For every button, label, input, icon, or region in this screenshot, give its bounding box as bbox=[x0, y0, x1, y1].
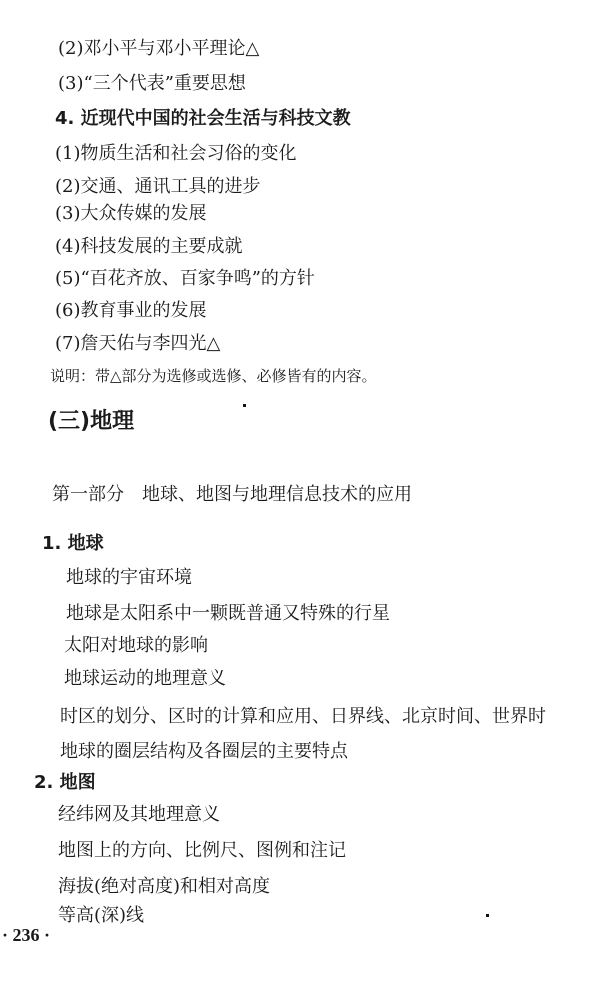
list-item: (2)交通、通讯工具的进步 bbox=[55, 176, 261, 198]
list-item: 太阳对地球的影响 bbox=[64, 635, 208, 657]
scan-speck bbox=[486, 914, 489, 917]
list-item: (7)詹天佑与李四光△ bbox=[55, 333, 220, 355]
list-item: 地图上的方向、比例尺、图例和注记 bbox=[58, 840, 346, 862]
list-item: (5)“百花齐放、百家争鸣”的方针 bbox=[55, 268, 315, 290]
section-heading: 4. 近现代中国的社会生活与科技文教 bbox=[55, 108, 351, 130]
list-item: 海拔(绝对高度)和相对高度 bbox=[58, 876, 270, 898]
section-title: (三)地理 bbox=[48, 408, 134, 436]
list-item: 地球的宇宙环境 bbox=[66, 567, 192, 589]
list-item: (3)“三个代表”重要思想 bbox=[58, 73, 246, 95]
list-item: (2)邓小平与邓小平理论△ bbox=[58, 38, 259, 60]
list-item: 地球运动的地理意义 bbox=[64, 668, 226, 690]
page-number: · 236 · bbox=[2, 925, 50, 946]
note: 说明：带△部分为选修或选修、必修皆有的内容。 bbox=[50, 365, 377, 387]
list-item: (1)物质生活和社会习俗的变化 bbox=[55, 143, 297, 165]
list-item: 地球的圈层结构及各圈层的主要特点 bbox=[60, 741, 348, 763]
list-item: 地球是太阳系中一颗既普通又特殊的行星 bbox=[66, 603, 390, 625]
list-item: (4)科技发展的主要成就 bbox=[55, 236, 243, 258]
list-item: 等高(深)线 bbox=[58, 905, 144, 927]
list-item: (6)教育事业的发展 bbox=[55, 300, 207, 322]
part-title: 第一部分 地球、地图与地理信息技术的应用 bbox=[52, 484, 412, 506]
section-heading: 1. 地球 bbox=[42, 533, 104, 555]
list-item: 时区的划分、区时的计算和应用、日界线、北京时间、世界时 bbox=[60, 706, 546, 728]
section-heading: 2. 地图 bbox=[34, 772, 96, 794]
list-item: 经纬网及其地理意义 bbox=[58, 804, 220, 826]
list-item: (3)大众传媒的发展 bbox=[55, 203, 207, 225]
scan-speck bbox=[243, 404, 246, 407]
